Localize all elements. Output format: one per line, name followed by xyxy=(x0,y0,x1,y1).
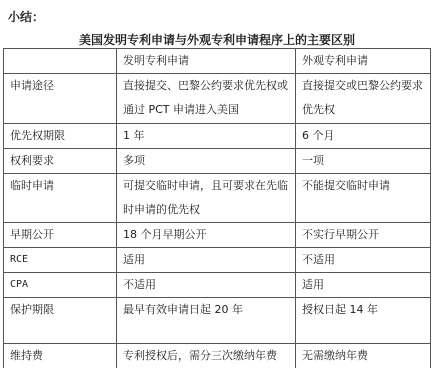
table-row: 维持费 专利授权后，需分三次缴纳年费 无需缴纳年费 xyxy=(4,344,431,368)
invention-cell: 可提交临时申请，且可要求在先临时申请的优先权 xyxy=(117,174,296,223)
table-row: 优先权期限 1 年 6 个月 xyxy=(4,124,431,149)
row-label: 权利要求 xyxy=(4,149,117,174)
comparison-table: 发明专利申请 外观专利申请 申请途径 直接提交、巴黎公约要求优先权或通过 PCT… xyxy=(3,48,431,368)
row-label: 维持费 xyxy=(4,344,117,368)
design-cell: 6 个月 xyxy=(296,124,431,149)
invention-cell: 多项 xyxy=(117,149,296,174)
table-row: CPA 不适用 适用 xyxy=(4,273,431,298)
design-cell: 直接提交或巴黎公约要求优先权 xyxy=(296,74,431,124)
table-row: RCE 适用 不适用 xyxy=(4,248,431,273)
row-label: RCE xyxy=(4,248,117,273)
header-cell-empty xyxy=(4,49,117,74)
row-label: 优先权期限 xyxy=(4,124,117,149)
invention-cell: 专利授权后，需分三次缴纳年费 xyxy=(117,344,296,368)
row-label: CPA xyxy=(4,273,117,298)
row-label: 早期公开 xyxy=(4,223,117,248)
invention-cell: 不适用 xyxy=(117,273,296,298)
table-row: 权利要求 多项 一项 xyxy=(4,149,431,174)
invention-cell: 1 年 xyxy=(117,124,296,149)
header-cell-invention: 发明专利申请 xyxy=(117,49,296,74)
design-cell: 授权日起 14 年 xyxy=(296,298,431,344)
table-title: 美国发明专利申请与外观专利申请程序上的主要区别 xyxy=(0,31,434,48)
design-cell: 不实行早期公开 xyxy=(296,223,431,248)
header-cell-design: 外观专利申请 xyxy=(296,49,431,74)
design-cell: 适用 xyxy=(296,273,431,298)
invention-cell: 18 个月早期公开 xyxy=(117,223,296,248)
row-label: 申请途径 xyxy=(4,74,117,124)
table-row: 申请途径 直接提交、巴黎公约要求优先权或通过 PCT 申请进入美国 直接提交或巴… xyxy=(4,74,431,124)
invention-cell: 直接提交、巴黎公约要求优先权或通过 PCT 申请进入美国 xyxy=(117,74,296,124)
table-row: 临时申请 可提交临时申请，且可要求在先临时申请的优先权 不能提交临时申请 xyxy=(4,174,431,223)
invention-cell: 最早有效申请日起 20 年 xyxy=(117,298,296,344)
row-label: 保护期限 xyxy=(4,298,117,344)
design-cell: 一项 xyxy=(296,149,431,174)
invention-cell: 适用 xyxy=(117,248,296,273)
table-row: 早期公开 18 个月早期公开 不实行早期公开 xyxy=(4,223,431,248)
row-label: 临时申请 xyxy=(4,174,117,223)
design-cell: 无需缴纳年费 xyxy=(296,344,431,368)
table-header-row: 发明专利申请 外观专利申请 xyxy=(4,49,431,74)
design-cell: 不适用 xyxy=(296,248,431,273)
table-row: 保护期限 最早有效申请日起 20 年 授权日起 14 年 xyxy=(4,298,431,344)
summary-heading: 小结： xyxy=(8,8,44,25)
design-cell: 不能提交临时申请 xyxy=(296,174,431,223)
